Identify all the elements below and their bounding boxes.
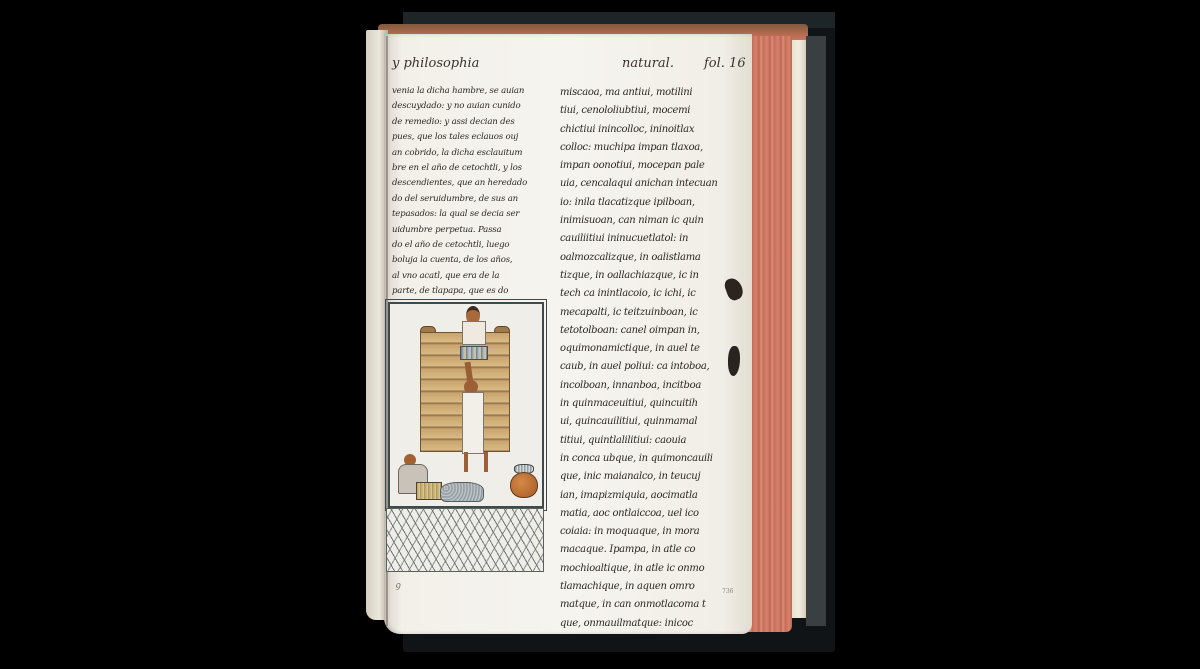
text-line: do el año de cetochtli, luego xyxy=(392,238,550,253)
text-line: mecapalti, ic teitzuinboan, ic xyxy=(560,304,746,322)
text-line: venia la dicha hambre, se auian xyxy=(392,84,550,99)
text-line: incolboan, innanboa, incitboa xyxy=(560,377,746,395)
running-title-center: natural. xyxy=(622,56,674,71)
crate xyxy=(416,482,442,500)
text-line: ui, quincauilitiui, quinmamal xyxy=(560,413,746,431)
text-line: descuydado: y no auian cunido xyxy=(392,99,550,114)
text-line: pues, que los tales eclauos ouj xyxy=(392,130,550,145)
text-line: do del seruidumbre, de sus an xyxy=(392,192,550,207)
text-line: titiui, quintlalilitiui: caouia xyxy=(560,432,746,450)
figure-legs xyxy=(464,452,488,472)
text-line: chictiui inincolloc, ininoitlax xyxy=(560,121,746,139)
text-line: oquimonamictique, in auel te xyxy=(560,340,746,358)
text-line: al vno acatl, que era de la xyxy=(392,269,550,284)
text-line: io: inila tlacatizque ipilboan, xyxy=(560,194,746,212)
nahuatl-text-column: miscaoa, ma antiui, motilini tiui, cenol… xyxy=(560,84,746,633)
photo-stage: y philosophia natural. fol. 16 venia la … xyxy=(0,0,1200,669)
marginal-mark: ꝯ xyxy=(395,578,400,591)
text-line: mochioaltique, in atle ic onmo xyxy=(560,560,746,578)
running-title-left: y philosophia xyxy=(392,56,479,71)
text-line: uidumbre perpetua. Passa xyxy=(392,223,550,238)
illustration-panel xyxy=(388,302,544,508)
text-line: in conca ubque, in quimoncauili xyxy=(560,450,746,468)
standing-figure-bottom xyxy=(456,362,486,472)
text-line: an cobrido, la dicha esclauitum xyxy=(392,146,550,161)
text-line: parte, de tlapapa, que es do xyxy=(392,284,550,299)
text-line: tlamachique, in aquen omro xyxy=(560,578,746,596)
text-line: macaque. Ipampa, in atle co xyxy=(560,541,746,559)
text-line: tiui, cenololiubtiui, mocemi xyxy=(560,102,746,120)
fore-edge-pages xyxy=(792,40,806,618)
small-page-number: 736 xyxy=(722,588,733,595)
text-line: bre en el año de cetochtli, y los xyxy=(392,161,550,176)
text-line: que, inic maianalco, in teucuj xyxy=(560,468,746,486)
figure-cloak xyxy=(462,321,486,345)
text-line: oalmozcalizque, in oalistlama xyxy=(560,249,746,267)
text-line: tech ca inintlacoio, ic ichi, ic xyxy=(560,285,746,303)
foliage-frieze xyxy=(386,508,544,572)
text-line: de remedio: y assi decian des xyxy=(392,115,550,130)
text-line: tepasados: la qual se decia ser xyxy=(392,207,550,222)
text-line: caub, in auel poliui: ca intoboa, xyxy=(560,358,746,376)
back-cover-edge xyxy=(806,36,826,626)
spanish-text-column: venia la dicha hambre, se auian descuyda… xyxy=(392,84,550,315)
text-line: inimisuoan, can niman ic quin xyxy=(560,212,746,230)
text-line: uia, cencalaqui anichan intecuan xyxy=(560,175,746,193)
text-line: ian, imapizmiquia, aocimatla xyxy=(560,487,746,505)
text-line: coiaia: in moquaque, in mora xyxy=(560,523,746,541)
basket-of-goods xyxy=(460,346,488,360)
text-line: matque, in can onmotlacoma t xyxy=(560,596,746,614)
grain-pile xyxy=(440,482,484,502)
text-line: matia, aoc ontlaiccoa, uel ico xyxy=(560,505,746,523)
text-line: cauiliitiui ininucuetlatol: in xyxy=(560,230,746,248)
text-line: boluja la cuenta, de los años, xyxy=(392,253,550,268)
text-line: impan oonotiui, mocepan pale xyxy=(560,157,746,175)
text-line: descendientes, que an heredado xyxy=(392,176,550,191)
text-line: tetotolboan: canel oimpan in, xyxy=(560,322,746,340)
figure-tunic xyxy=(462,392,484,454)
text-line: miscaoa, ma antiui, motilini xyxy=(560,84,746,102)
folio-number: fol. 16 xyxy=(704,56,746,71)
text-line: tizque, in oallachiazque, ic in xyxy=(560,267,746,285)
text-line: in quinmaceuitiui, quincuitih xyxy=(560,395,746,413)
text-line: que, onmauilmatque: inicoc xyxy=(560,615,746,633)
text-line: colloc: muchipa impan tlaxoa, xyxy=(560,139,746,157)
clay-pot xyxy=(510,472,538,498)
